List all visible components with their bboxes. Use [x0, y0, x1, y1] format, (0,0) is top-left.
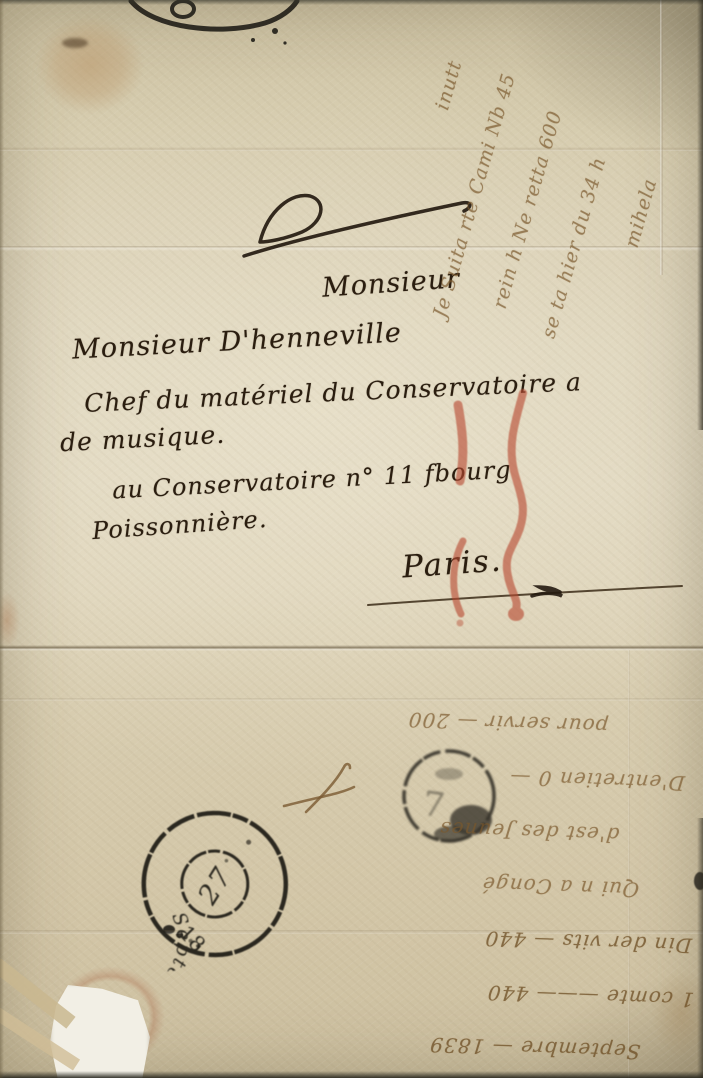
address-line-title: Chef du matériel du Conservatoire a [84, 367, 583, 418]
address-line-musique: de musique. [59, 420, 226, 458]
partial-postmark-arc [125, 0, 305, 46]
scanned-letter-page: Monsieur Monsieur D'henneville Chef du m… [0, 0, 703, 1078]
fold-crease [0, 645, 703, 651]
address-line-street: au Conservatoire n° 11 fbourg [112, 456, 513, 505]
inverted-note-line: d'est des Jeunes [352, 799, 621, 862]
ink-blot [176, 932, 183, 938]
seal-speck [62, 38, 88, 48]
inverted-note-line: D'entretien 0 — [358, 745, 687, 810]
red-rate-marking-15 [430, 385, 560, 635]
address-line-city: Paris. [401, 543, 504, 586]
circular-datestamp: Septembre 18 27 [125, 798, 305, 974]
faded-script-top-right: inutt Je Suita rte Cami Nb 45 rein h Ne … [353, 0, 703, 400]
inverted-note-line: pour servir — 200 [364, 691, 612, 753]
wax-seal-stain [36, 16, 144, 114]
address-line-poissonniere: Poissonnière. [91, 505, 268, 545]
scan-edge-left [0, 0, 4, 1078]
inverted-note-line: Septembre — 1839 [330, 1014, 643, 1078]
red-smear-stain [0, 592, 20, 648]
inverted-note-line: Qui n a Congé [347, 853, 642, 917]
address-line-recipient: Monsieur D'henneville [71, 317, 402, 365]
datestamp-day: 27 [192, 861, 239, 911]
inverted-notes-bottom: Septembre — 1839 1 comte ——— 440 Din der… [330, 679, 703, 1078]
datestamp-year: 18 [174, 921, 210, 957]
ink-blot [163, 925, 175, 934]
ink-blot [196, 944, 201, 948]
